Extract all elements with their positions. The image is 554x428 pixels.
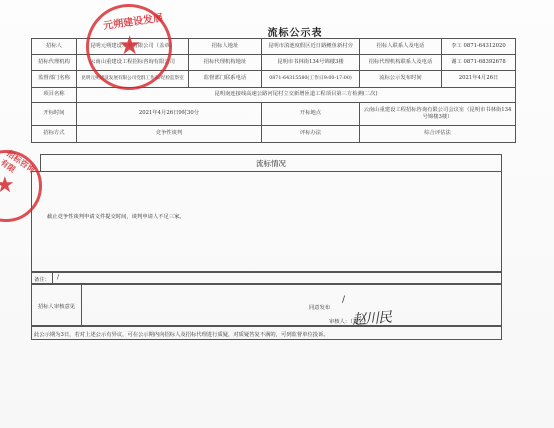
tenderer-contact-label: 招标人联系人及电话 [360,39,442,55]
agency-contact-label: 招标代理机构联系人及电话 [360,55,442,71]
opening-place-value: 云南山重建设工程招标咨询有限公司会议室（昆明市书林街134号锦楼3楼） [360,103,516,126]
table-row: 项目名称 昆明南连接线高速公路河尾村立交新增匝道工程项目第三方检测(二次) [32,88,516,103]
table-row: 开标时间 2021年4月26日9时30分 开标地点 云南山重建设工程招标咨询有限… [32,103,516,126]
failure-section-body [31,171,502,272]
table-row: 监督部门名称 昆明元朔建设发展有限公司党群工作部/纪检监察室 监督部门联系电话 … [32,71,516,88]
agency-value: 云南山重建设工程招标咨询有限公司 [77,55,189,71]
failure-section-heading: 流标情况 [40,154,502,171]
table-row: 招标方式 竞争性谈判 评标办法 综合评估法 [32,126,516,143]
opening-place-label: 开标地点 [262,103,360,126]
supervisor-label: 监督部门名称 [32,71,77,88]
publish-time-label: 流标公示发布时间 [360,71,442,88]
project-value: 昆明南连接线高速公路河尾村立交新增匝道工程项目第三方检测(二次) [77,88,516,103]
agency-label: 招标代理机构 [32,55,77,71]
remark-row: 备注： / [31,272,502,284]
evaluation-label: 评标办法 [262,126,360,143]
agency-address-label: 招标代理机构地址 [189,55,262,71]
table-row: 招标代理机构 云南山重建设工程招标咨询有限公司 招标代理机构地址 昆明市书林街1… [32,55,516,71]
publish-time-value: 2021年4月26日 [442,71,516,88]
opening-time-value: 2021年4月26日9时30分 [77,103,262,126]
remark-value: / [57,274,59,281]
supervisor-value: 昆明元朔建设发展有限公司党群工作部/纪检监察室 [77,71,189,88]
document-title: 流标公示表 [255,24,335,39]
tenderer-label: 招标人 [32,39,77,55]
review-row: 招标人审核意见 同意发布 / 审核人：（签字） [31,284,502,326]
tenderer-contact-value: 李工 0871-64312020 [442,39,516,55]
tenderer-value: 昆明元朔建设发展有限公司（盖章） [77,39,189,55]
footer-note: 此公示期为3日，若对上述公示有异议，可在公示期内向招标人及招标代理进行质疑，对质… [34,330,329,338]
review-slash-mark: / [342,295,345,305]
opening-time-label: 开标时间 [32,103,77,126]
evaluation-value: 综合评估法 [360,126,516,143]
project-label: 项目名称 [32,88,77,103]
method-label: 招标方式 [32,126,77,143]
tenderer-address-value: 昆明市滇池度假区近日路鲤鱼新村旁 [262,39,360,55]
remark-label: 备注： [34,275,50,283]
table-row: 招标人 昆明元朔建设发展有限公司（盖章） 招标人地址 昆明市滇池度假区近日路鲤鱼… [32,39,516,55]
tenderer-address-label: 招标人地址 [189,39,262,55]
supervisor-phone-label: 监督部门联系电话 [189,71,262,88]
review-label: 招标人审核意见 [32,285,82,327]
review-opinion: 同意发布 [309,303,330,311]
failure-reason-text: 截止竞争性谈判申请文件提交时间，谈判申请人不足三家。 [47,212,185,220]
supervisor-phone-value: 0871-64315580(工作日9:00-17:00) [262,71,360,88]
agency-address-value: 昆明市书林街134号锦楼3楼 [262,55,360,71]
footer-note-row: 此公示期为3日，若对上述公示有异议，可在公示期内向招标人及招标代理进行质疑，对质… [31,326,502,340]
agency-contact-value: 谢工 0871-68392678 [442,55,516,71]
method-value: 竞争性谈判 [77,126,262,143]
info-table: 招标人 昆明元朔建设发展有限公司（盖章） 招标人地址 昆明市滇池度假区近日路鲤鱼… [31,38,516,143]
